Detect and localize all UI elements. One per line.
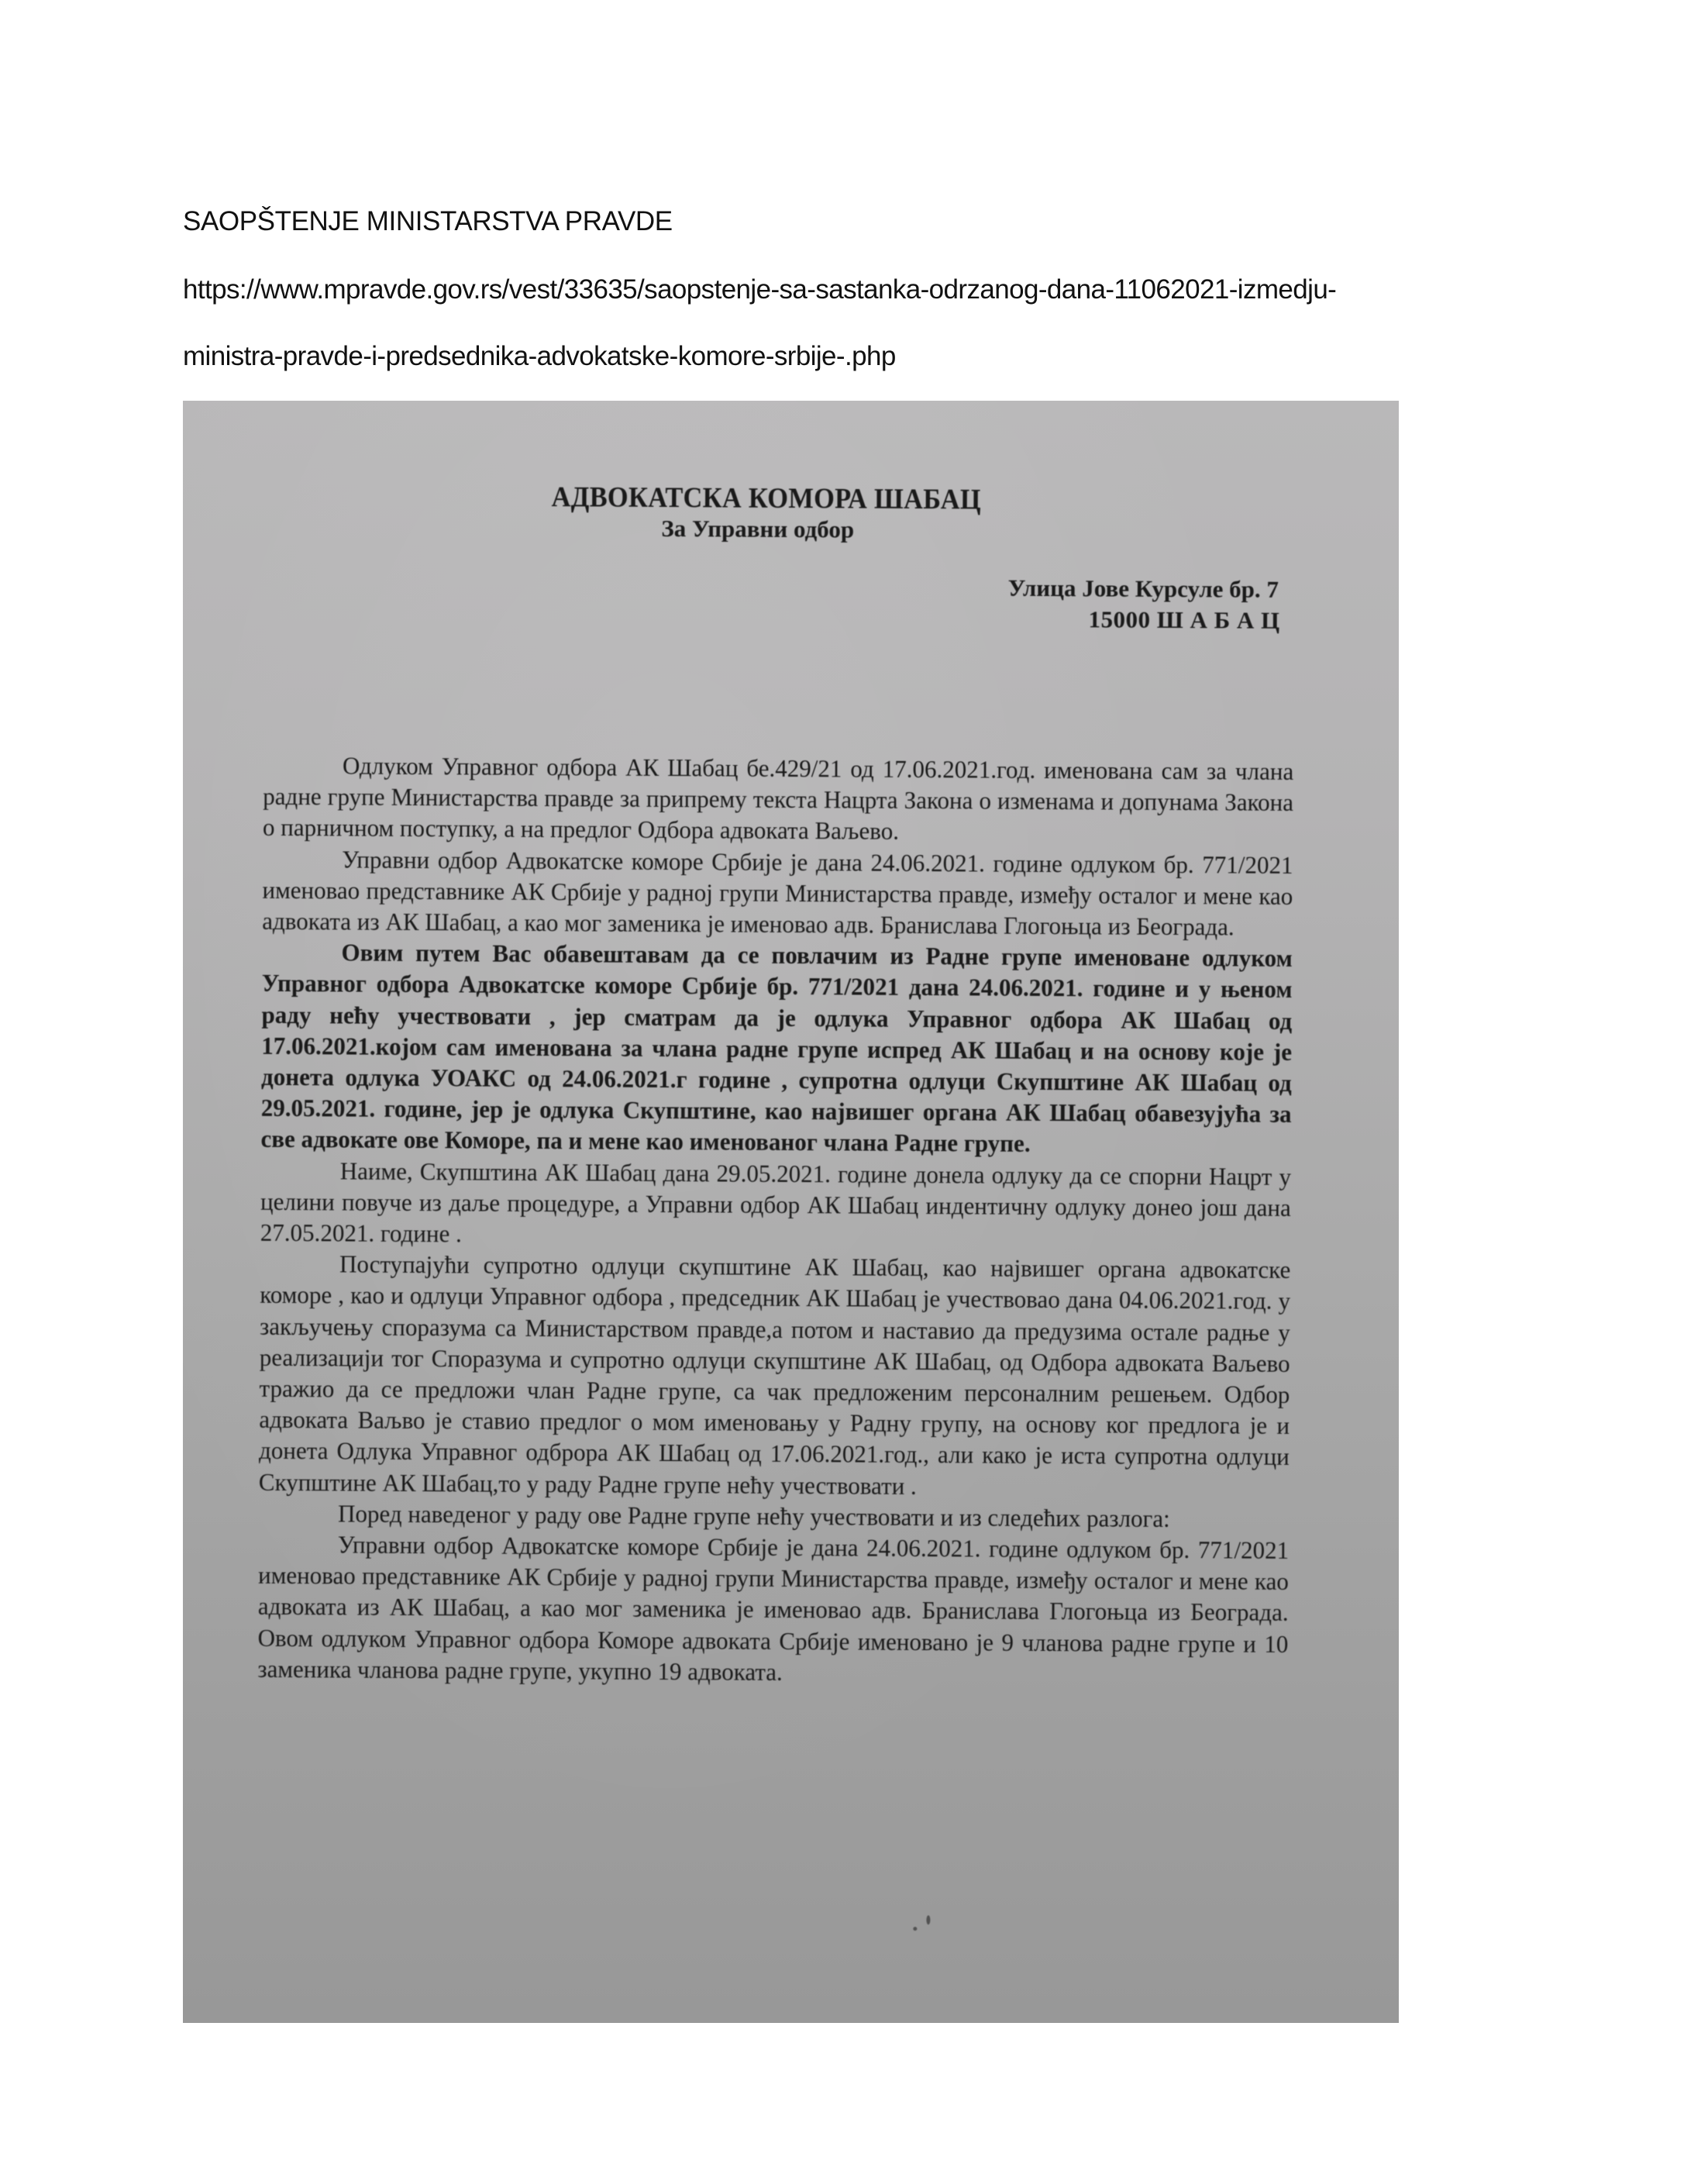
letter-paragraph: Поступајући супротно одлуци скупштине АК…: [259, 1249, 1291, 1504]
page-title: SAOPŠTENJE MINISTARSTVA PRAVDE: [183, 206, 673, 237]
letter-paragraph: Одлуком Управног одбора АК Шабац бе.429/…: [263, 750, 1293, 850]
letter-paragraph: Управни одбор Адвокатске коморе Србије ј…: [262, 843, 1293, 943]
letter-paragraph: Управни одбор Адвокатске коморе Србије ј…: [257, 1529, 1289, 1691]
letter-paragraph-bold: Овим путем Вас обавештавам да се повлачи…: [260, 937, 1292, 1162]
scan-speck: [913, 1927, 917, 1931]
letterhead-organization: АДВОКАТСКА КОМОРА ШАБАЦ: [551, 481, 981, 516]
letter-paragraph: Наиме, Скупштина АК Шабац дана 29.05.202…: [260, 1155, 1291, 1255]
scanned-letter-content: АДВОКАТСКА КОМОРА ШАБАЦ За Управни одбор…: [183, 401, 1399, 2023]
source-link-line-2[interactable]: ministra-pravde-i-predsednika-advokatske…: [183, 341, 896, 372]
scanned-letter-photo: АДВОКАТСКА КОМОРА ШАБАЦ За Управни одбор…: [183, 401, 1399, 2023]
letter-body: Одлуком Управног одбора АК Шабац бе.429/…: [257, 750, 1293, 1691]
source-link-line-1[interactable]: https://www.mpravde.gov.rs/vest/33635/sa…: [183, 274, 1336, 305]
letterhead-address-street: Улица Јове Курсуле бр. 7: [1008, 574, 1279, 604]
letterhead-recipient: За Управни одбор: [661, 515, 854, 544]
letterhead-address-city: 15000 Ш А Б А Ц: [1088, 605, 1279, 635]
scan-speck: [926, 1915, 930, 1925]
